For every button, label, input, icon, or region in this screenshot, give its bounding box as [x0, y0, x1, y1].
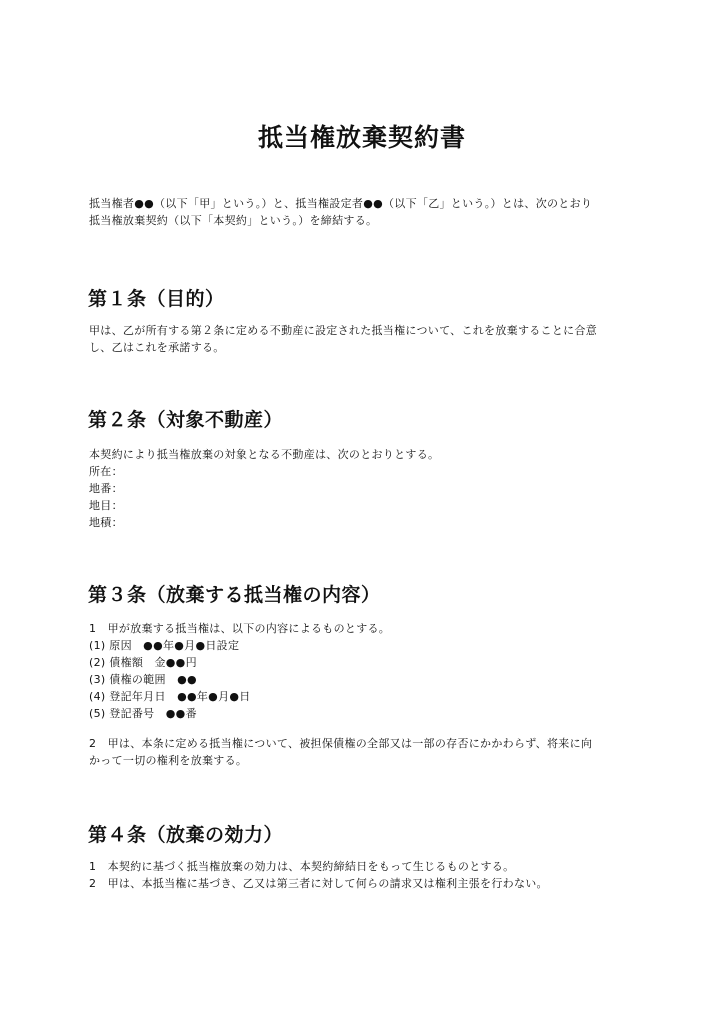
property-location-field: 所在： — [89, 463, 649, 480]
preamble-line: 抵当権者●●（以下「甲」という。）と、抵当権設定者●●（以下「乙」という。）とは… — [89, 195, 649, 212]
article-4-body: 1 本契約に基づく抵当権放棄の効力は、本契約締結日をもって生じるものとする。 2… — [89, 858, 649, 892]
article-1-line: し、乙はこれを承諾する。 — [89, 339, 649, 356]
article-4-heading: 第４条（放棄の効力） — [88, 820, 283, 847]
article-3-clause-2-line: 2 甲は、本条に定める抵当権について、被担保債権の全部又は一部の存否にかかわらず… — [89, 735, 649, 752]
article-1-heading: 第１条（目的） — [88, 284, 225, 311]
mortgage-registration-date: (4) 登記年月日 ●●年●月●日 — [89, 688, 649, 705]
property-land-area-field: 地積： — [89, 514, 649, 531]
article-4-clause-2: 2 甲は、本抵当権に基づき、乙又は第三者に対して何らの請求又は権利主張を行わない… — [89, 875, 649, 892]
article-3-clause-1: 1 甲が放棄する抵当権は、以下の内容によるものとする。 (1) 原因 ●●年●月… — [89, 620, 649, 722]
preamble-line: 抵当権放棄契約（以下「本契約」という。）を締結する。 — [89, 212, 649, 229]
article-4-clause-1: 1 本契約に基づく抵当権放棄の効力は、本契約締結日をもって生じるものとする。 — [89, 858, 649, 875]
article-2-heading: 第２条（対象不動産） — [88, 405, 283, 432]
article-3-clause-2-line: かって一切の権利を放棄する。 — [89, 752, 649, 769]
article-2-intro: 本契約により抵当権放棄の対象となる不動産は、次のとおりとする。 — [89, 446, 649, 463]
preamble: 抵当権者●●（以下「甲」という。）と、抵当権設定者●●（以下「乙」という。）とは… — [89, 195, 649, 229]
article-1-body: 甲は、乙が所有する第２条に定める不動産に設定された抵当権について、これを放棄する… — [89, 322, 649, 356]
property-land-category-field: 地目： — [89, 497, 649, 514]
mortgage-cause: (1) 原因 ●●年●月●日設定 — [89, 637, 649, 654]
article-2-body: 本契約により抵当権放棄の対象となる不動産は、次のとおりとする。 所在： 地番： … — [89, 446, 649, 531]
mortgage-claim-amount: (2) 債権額 金●●円 — [89, 654, 649, 671]
document-page: 抵当権放棄契約書 抵当権者●●（以下「甲」という。）と、抵当権設定者●●（以下「… — [0, 0, 724, 1024]
mortgage-registration-number: (5) 登記番号 ●●番 — [89, 705, 649, 722]
mortgage-claim-scope: (3) 債権の範囲 ●● — [89, 671, 649, 688]
article-3-clause-1-intro: 1 甲が放棄する抵当権は、以下の内容によるものとする。 — [89, 620, 649, 637]
article-3-clause-2: 2 甲は、本条に定める抵当権について、被担保債権の全部又は一部の存否にかかわらず… — [89, 735, 649, 769]
article-1-line: 甲は、乙が所有する第２条に定める不動産に設定された抵当権について、これを放棄する… — [89, 322, 649, 339]
article-3-heading: 第３条（放棄する抵当権の内容） — [88, 580, 381, 607]
property-lot-number-field: 地番： — [89, 480, 649, 497]
document-title: 抵当権放棄契約書 — [0, 118, 724, 154]
